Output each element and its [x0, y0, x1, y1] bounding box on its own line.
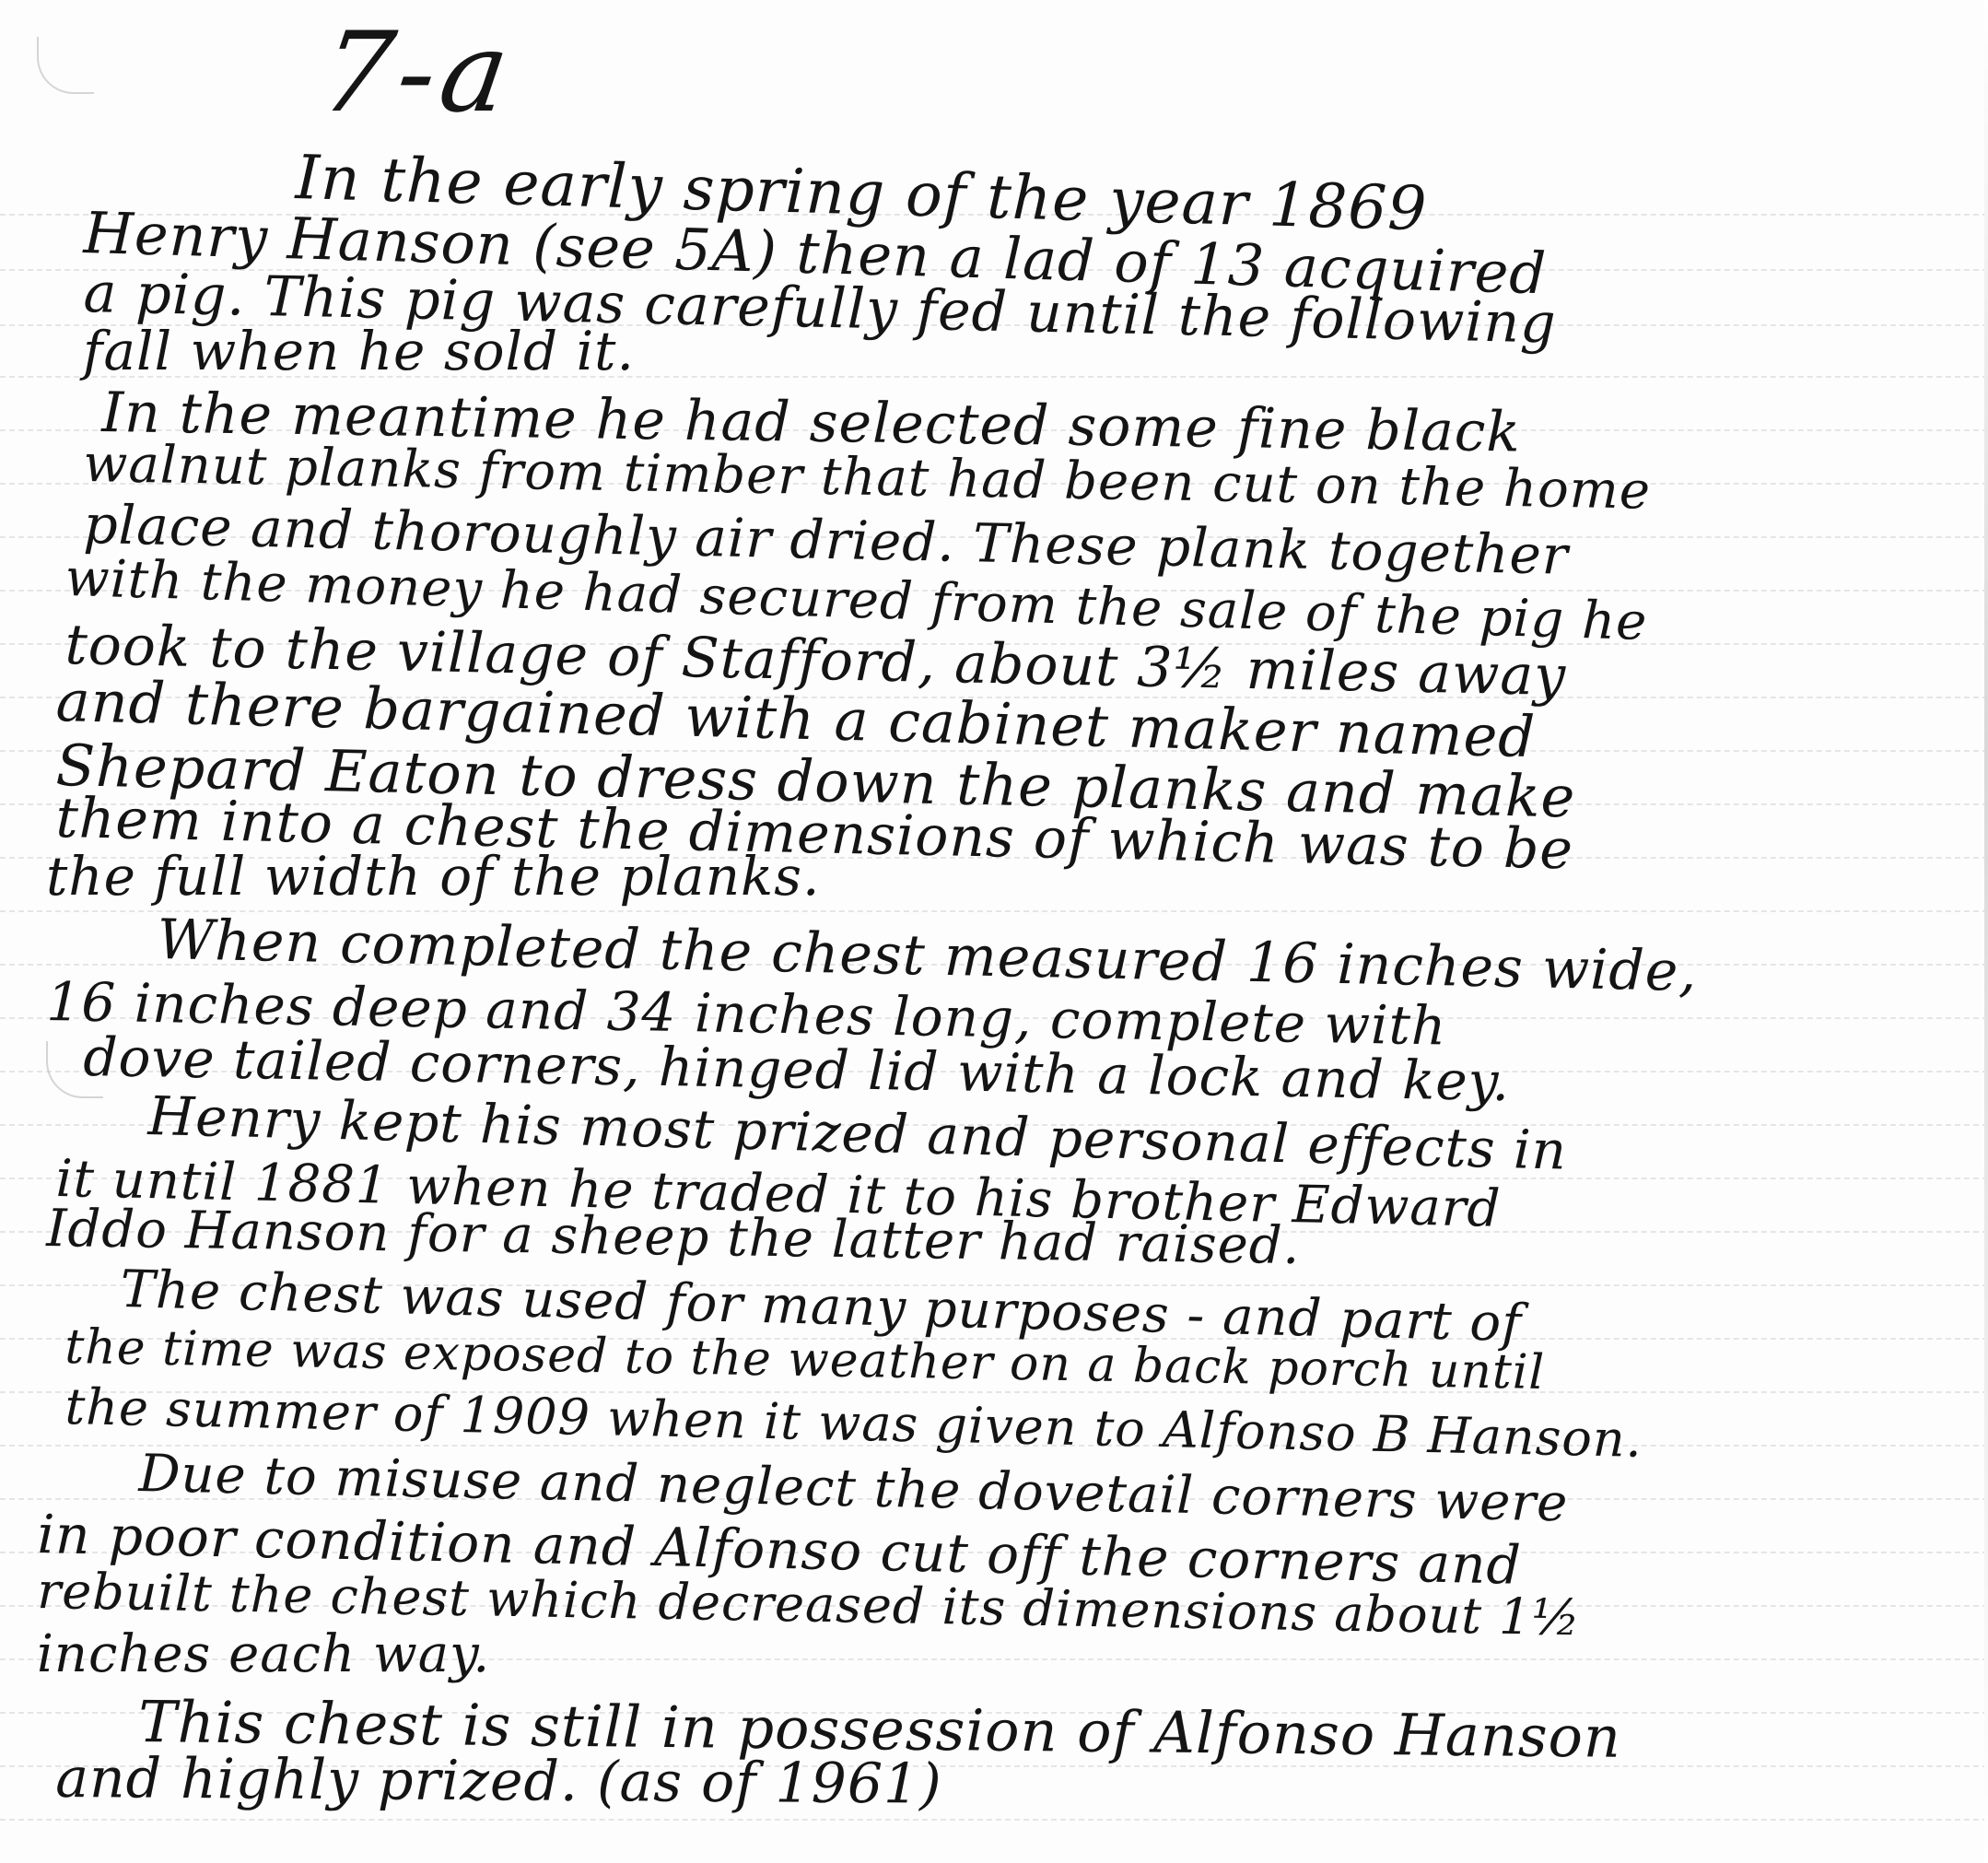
- text-line: fall when he sold it.: [83, 324, 635, 378]
- ruled-line: [0, 1819, 1988, 1821]
- page-number: 7-a: [313, 9, 521, 137]
- text-line: the full width of the planks.: [46, 849, 820, 903]
- text-line: and highly prized. (as of 1961): [55, 1751, 942, 1812]
- binder-hole-mark: [37, 37, 94, 94]
- text-line: inches each way.: [37, 1629, 490, 1681]
- handwritten-page: 7-a In the early spring of the year 1869…: [0, 0, 1988, 1863]
- page-edge: [1984, 0, 1988, 1863]
